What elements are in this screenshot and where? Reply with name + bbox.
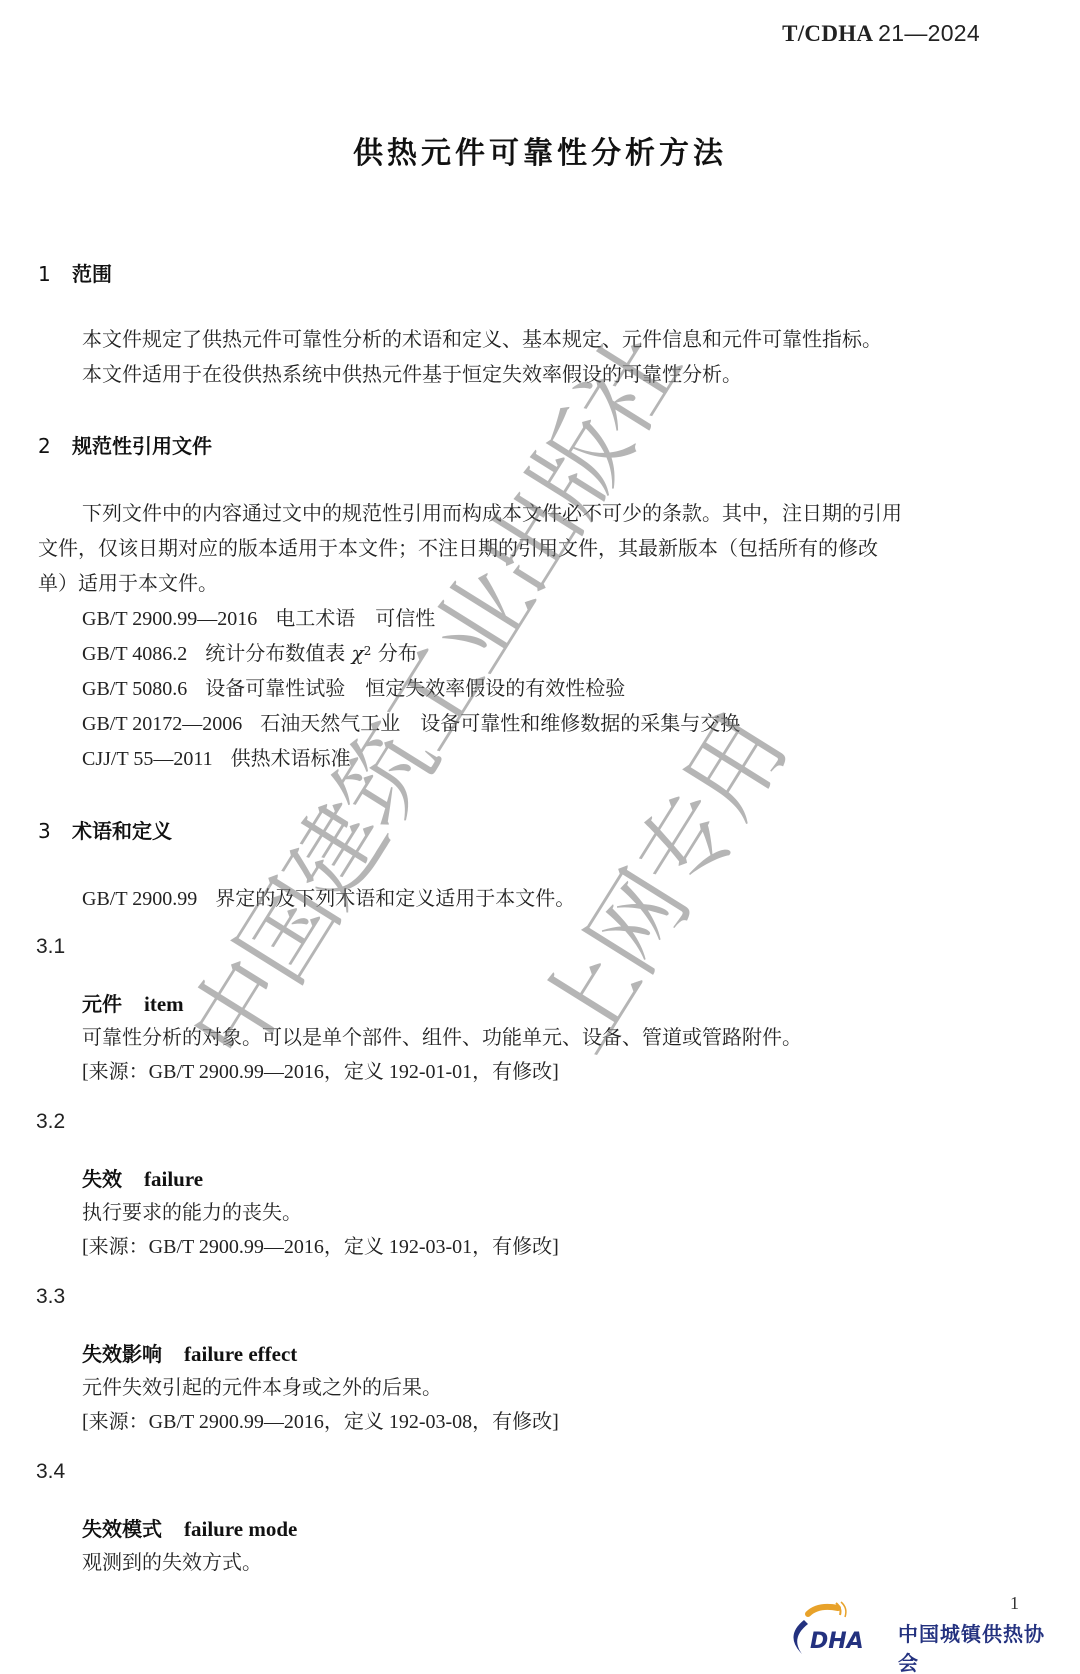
- section-heading-terms: 3术语和定义: [38, 815, 172, 844]
- term-heading: 失效failure: [82, 1163, 203, 1192]
- term-heading: 失效影响failure effect: [82, 1338, 297, 1367]
- section-heading-normative-references: 2规范性引用文件: [38, 430, 212, 459]
- reference-item: GB/T 5080.6设备可靠性试验 恒定失效率假设的有效性检验: [82, 672, 625, 706]
- watermark-online-use: 上网专用: [500, 688, 811, 1073]
- term-zh: 失效模式: [82, 1517, 162, 1541]
- logo-text: DHA: [810, 1629, 864, 1654]
- section-number: 1: [38, 262, 72, 286]
- terms-intro: GB/T 2900.99界定的及下列术语和定义适用于本文件。: [82, 882, 575, 916]
- term-zh: 元件: [82, 992, 122, 1016]
- organization-name: 中国城镇供热协会: [898, 1618, 1048, 1674]
- clause-number: 3.3: [36, 1285, 65, 1309]
- section-number: 3: [38, 819, 72, 843]
- reference-title: 石油天然气工业 设备可靠性和维修数据的采集与交换: [260, 711, 740, 735]
- term-source: [来源：GB/T 2900.99—2016，定义 192-03-01，有修改]: [82, 1231, 559, 1264]
- clause-number: 3.1: [36, 935, 65, 959]
- term-definition: 执行要求的能力的丧失。: [82, 1196, 302, 1229]
- section-title: 规范性引用文件: [72, 434, 212, 458]
- reference-title: 统计分布数值表: [205, 641, 345, 665]
- reference-title: 电工术语 可信性: [275, 606, 435, 630]
- document-title: 供热元件可靠性分析方法: [0, 128, 1080, 172]
- section-heading-scope: 1范围: [38, 258, 112, 287]
- reference-title-suffix: 分布: [378, 641, 418, 665]
- term-source: [来源：GB/T 2900.99—2016，定义 192-01-01，有修改]: [82, 1056, 559, 1089]
- standard-code: T/CDHA 21—2024: [782, 20, 980, 47]
- superscript: 2: [364, 644, 372, 658]
- clause-number: 3.4: [36, 1460, 65, 1484]
- term-en: failure: [144, 1167, 203, 1191]
- reference-code: GB/T 20172—2006: [82, 713, 242, 735]
- term-en: item: [144, 992, 184, 1016]
- section-title: 范围: [72, 262, 112, 286]
- cdha-emblem-icon: DHA: [778, 1600, 898, 1660]
- terms-intro-code: GB/T 2900.99: [82, 888, 197, 910]
- scope-paragraph: 本文件适用于在役供热系统中供热元件基于恒定失效率假设的可靠性分析。: [82, 358, 742, 391]
- reference-title: 设备可靠性试验 恒定失效率假设的有效性检验: [205, 676, 625, 700]
- term-heading: 元件item: [82, 988, 184, 1017]
- chi-symbol: χ: [352, 641, 364, 665]
- term-zh: 失效: [82, 1167, 122, 1191]
- reference-code: GB/T 5080.6: [82, 678, 187, 700]
- term-definition: 可靠性分析的对象。可以是单个部件、组件、功能单元、设备、管道或管路附件。: [82, 1021, 802, 1054]
- term-en: failure effect: [184, 1342, 297, 1366]
- term-source: [来源：GB/T 2900.99—2016，定义 192-03-08，有修改]: [82, 1406, 559, 1439]
- section-title: 术语和定义: [72, 819, 172, 843]
- standard-code-number: 21—2024: [878, 20, 980, 46]
- term-en: failure mode: [184, 1517, 297, 1541]
- standard-code-prefix: T/CDHA: [782, 21, 872, 46]
- page-number: 1: [1010, 1593, 1019, 1614]
- term-zh: 失效影响: [82, 1342, 162, 1366]
- reference-item: CJJ/T 55—2011供热术语标准: [82, 742, 351, 776]
- term-definition: 元件失效引起的元件本身或之外的后果。: [82, 1371, 442, 1404]
- term-definition: 观测到的失效方式。: [82, 1546, 262, 1579]
- references-intro-line: 单）适用于本文件。: [38, 567, 218, 600]
- reference-code: GB/T 2900.99—2016: [82, 608, 257, 630]
- section-number: 2: [38, 434, 72, 458]
- reference-code: CJJ/T 55—2011: [82, 748, 213, 770]
- terms-intro-text: 界定的及下列术语和定义适用于本文件。: [215, 886, 575, 910]
- reference-item: GB/T 20172—2006石油天然气工业 设备可靠性和维修数据的采集与交换: [82, 707, 740, 741]
- cdha-logo: DHA 中国城镇供热协会: [778, 1600, 1048, 1660]
- scope-paragraph: 本文件规定了供热元件可靠性分析的术语和定义、基本规定、元件信息和元件可靠性指标。: [82, 323, 882, 356]
- reference-code: GB/T 4086.2: [82, 643, 187, 665]
- reference-title: 供热术语标准: [231, 746, 351, 770]
- reference-item: GB/T 4086.2统计分布数值表 χ2 分布: [82, 637, 418, 671]
- references-intro-line: 文件，仅该日期对应的版本适用于本文件；不注日期的引用文件，其最新版本（包括所有的…: [38, 532, 878, 565]
- references-intro-line: 下列文件中的内容通过文中的规范性引用而构成本文件必不可少的条款。其中，注日期的引…: [82, 497, 902, 530]
- clause-number: 3.2: [36, 1110, 65, 1134]
- reference-item: GB/T 2900.99—2016电工术语 可信性: [82, 602, 435, 636]
- term-heading: 失效模式failure mode: [82, 1513, 297, 1542]
